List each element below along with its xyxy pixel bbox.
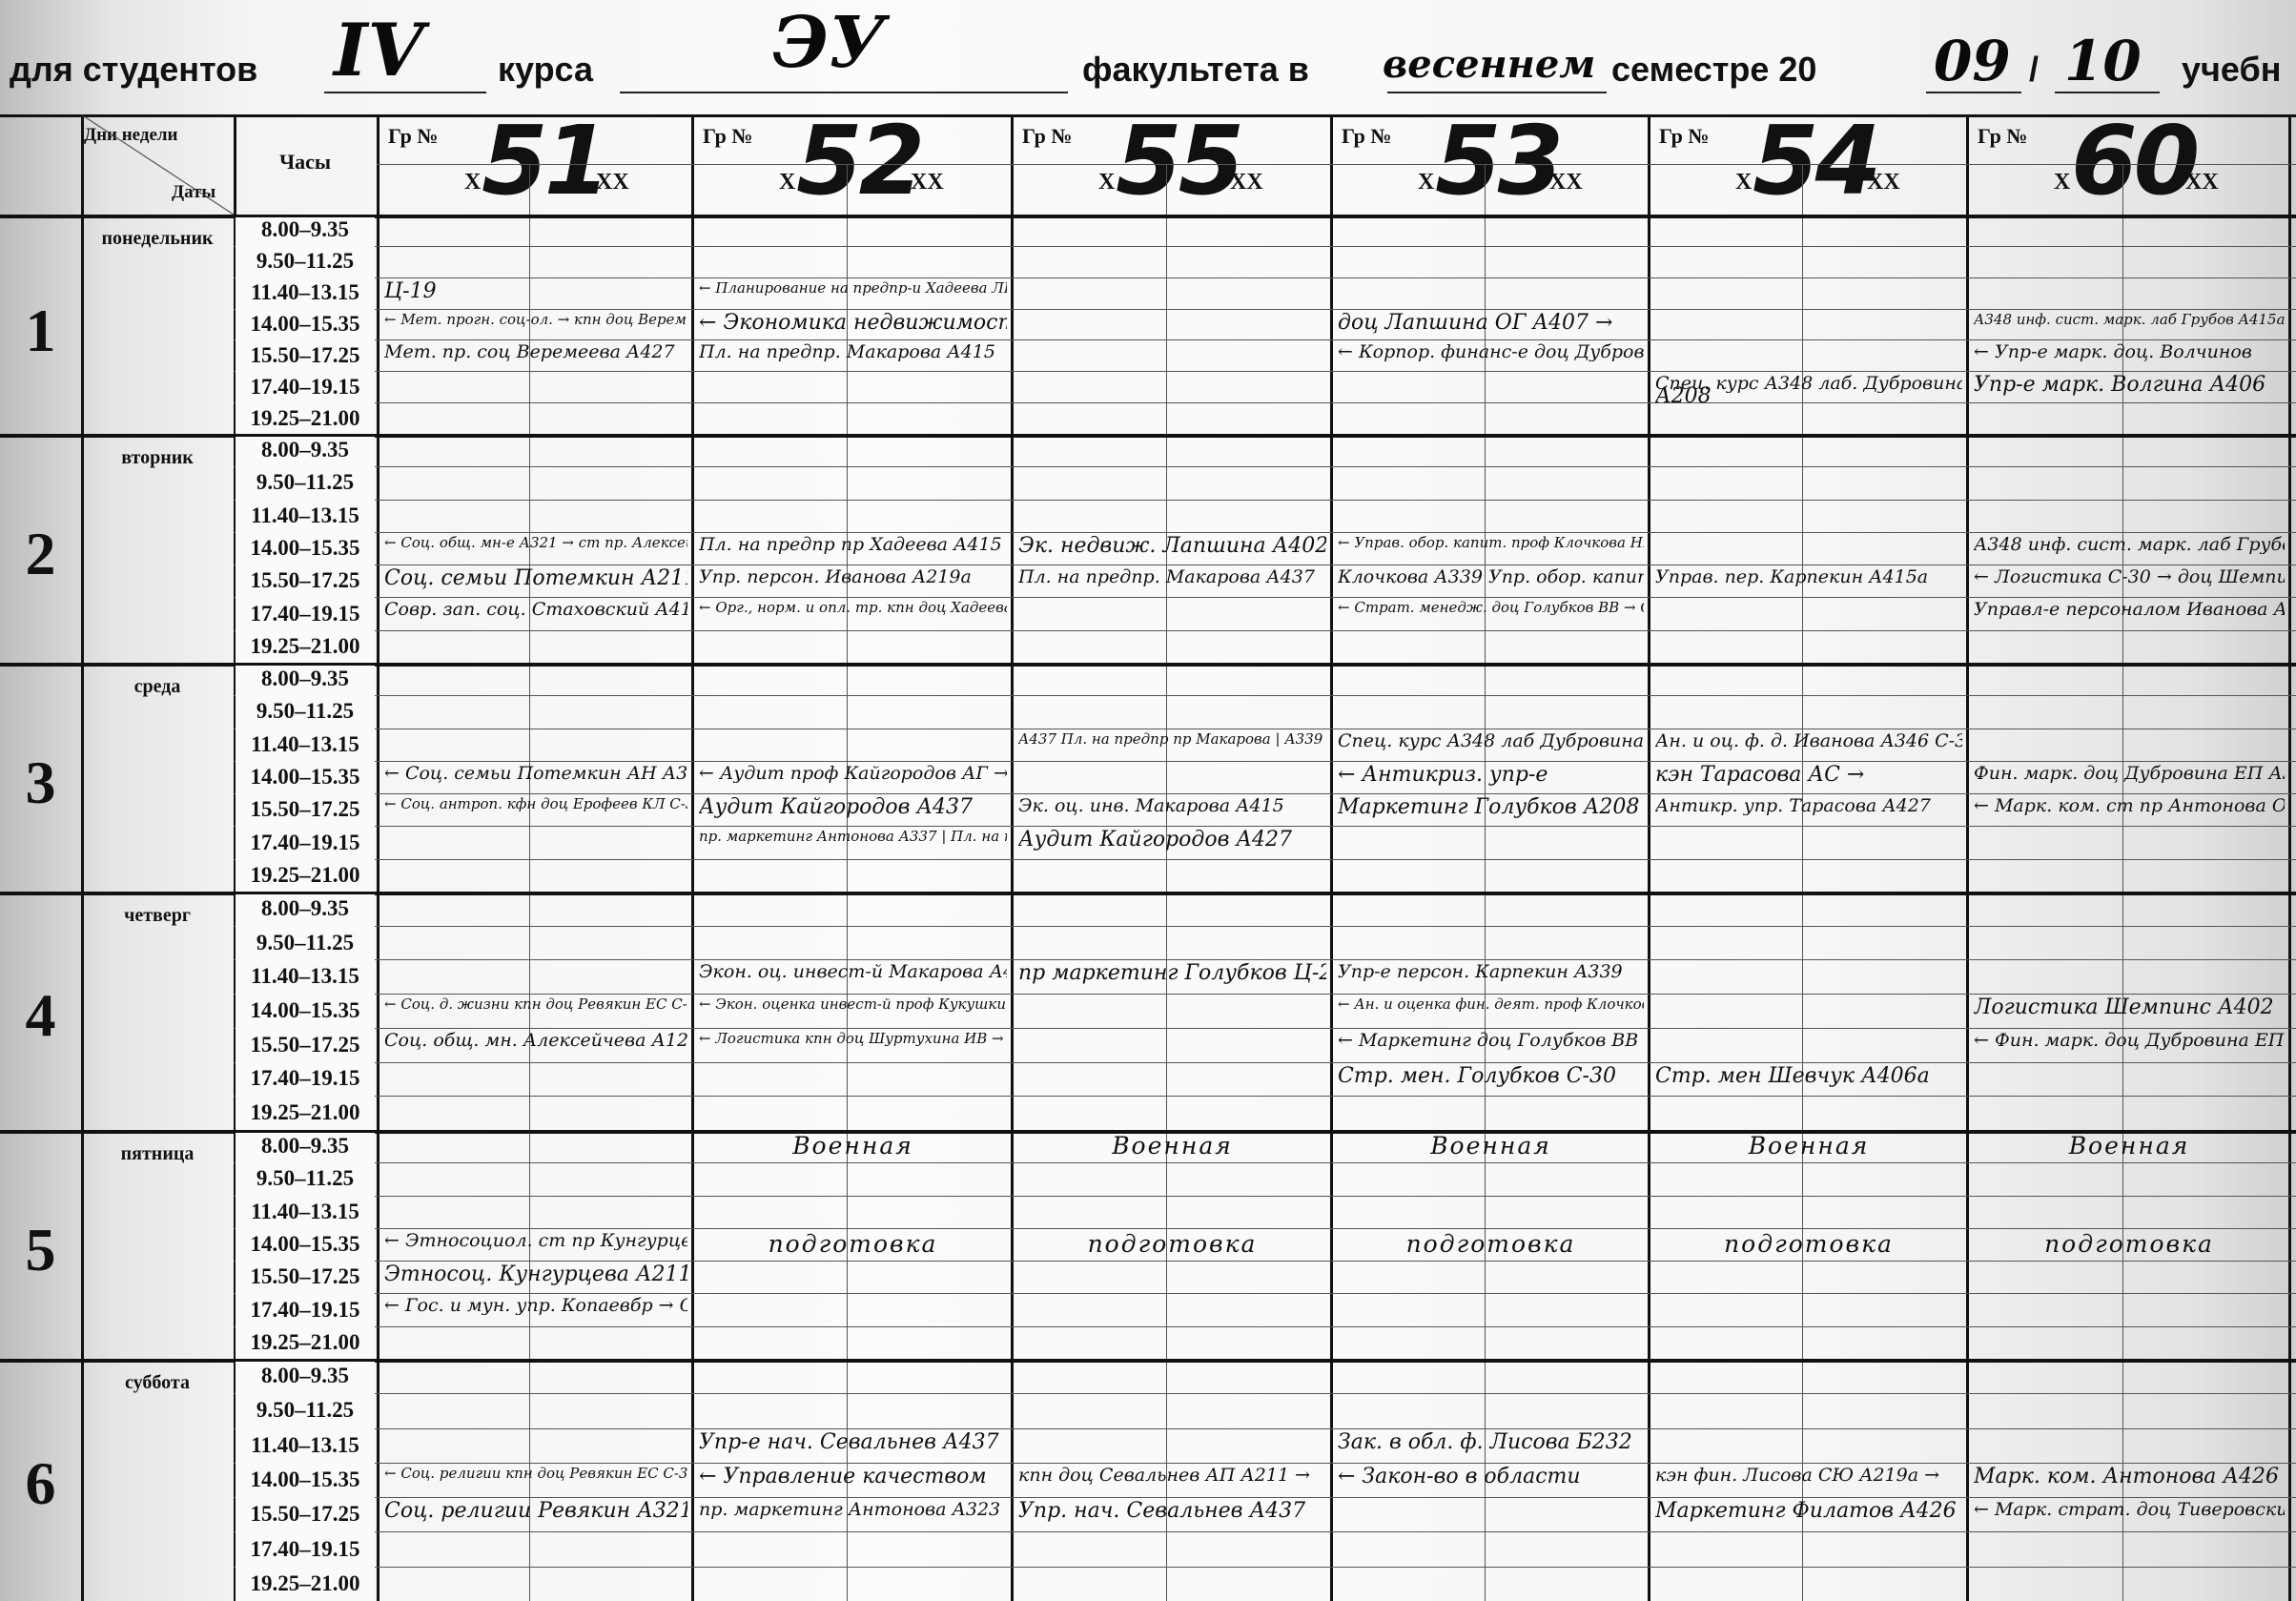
schedule-entry: Клочкова А339 Упр. обор. капит. — [1338, 568, 1644, 586]
slot-divider — [234, 339, 2296, 340]
slot-divider — [234, 597, 2296, 598]
schedule-entry: Упр-е персон. Карпекин А339 — [1338, 963, 1623, 981]
group-label: Гр № — [1659, 124, 1709, 149]
time-slot: 15.50–17.25 — [236, 797, 375, 822]
schedule-entry: доц Лапшина ОГ А407 → — [1338, 313, 1612, 334]
schedule-entry: Соц. религии Ревякин А321 — [384, 1501, 687, 1522]
time-slot: 8.00–9.35 — [236, 438, 375, 462]
schedule-entry: ← Этносоциол. ст пр Кунгурцева А337 → — [384, 1232, 687, 1250]
schedule-title-line: для студентов IV курса ЭУ факультета в в… — [10, 29, 2296, 114]
slot-divider — [234, 246, 2296, 247]
schedule-entry: Маркетинг Филатов А426 — [1655, 1501, 1957, 1522]
slot-divider — [234, 1497, 2296, 1498]
group-label: Гр № — [1978, 124, 2027, 149]
slot-divider — [234, 532, 2296, 533]
faculty-blank — [620, 92, 1068, 93]
schedule-entry: Антикр. упр. Тарасова А427 — [1655, 797, 1931, 815]
schedule-entry: Военная — [1655, 1134, 1962, 1158]
schedule-entry: Ц-19 — [384, 281, 437, 302]
time-slot: 17.40–19.15 — [236, 1298, 375, 1323]
time-slot: 11.40–13.15 — [236, 964, 375, 989]
week-odd-label: X — [779, 170, 795, 195]
schedule-entry: ← Экон. оценка инвест-й проф Кукушкина И… — [699, 997, 1007, 1012]
time-slot: 14.00–15.35 — [236, 1468, 375, 1492]
semester-value: весеннем — [1383, 42, 1595, 87]
schedule-entry: ← Логистика кпн доц Шуртухина ИВ → А208 — [699, 1032, 1007, 1046]
slot-divider — [234, 1293, 2296, 1294]
table-top-border — [0, 114, 2296, 117]
time-slot: 19.25–21.00 — [236, 1571, 375, 1596]
time-slot: 17.40–19.15 — [236, 602, 375, 626]
schedule-entry: Упр-е марк. Волгина А406 — [1974, 375, 2265, 396]
group-label: Гр № — [703, 124, 752, 149]
day-name: суббота — [81, 1372, 234, 1394]
day-name: пятница — [81, 1143, 234, 1165]
week-divider — [529, 164, 530, 1601]
day-number: 2 — [0, 519, 81, 589]
slot-divider — [234, 1261, 2296, 1262]
time-slot: 15.50–17.25 — [236, 1033, 375, 1057]
time-slot: 8.00–9.35 — [236, 896, 375, 921]
schedule-entry: ← Соц. религии кпн доц Ревякин ЕС С-32 → — [384, 1467, 687, 1481]
slot-divider — [234, 761, 2296, 762]
time-slot: 8.00–9.35 — [236, 667, 375, 691]
semester-blank — [1387, 92, 1607, 93]
schedule-entry: Этносоц. Кунгурцева А211 — [384, 1264, 687, 1285]
schedule-entry: Спец. курс А348 лаб Дубровина — [1338, 732, 1644, 750]
day-name: вторник — [81, 447, 234, 469]
group-label: Гр № — [1022, 124, 1072, 149]
slot-divider — [234, 1196, 2296, 1197]
day-name: четверг — [81, 905, 234, 927]
group-divider — [1648, 114, 1650, 1601]
week-divider — [1166, 164, 1167, 1601]
schedule-entry: Военная — [1974, 1134, 2285, 1158]
schedule-entry: ← Марк. страт. доц Тиверовский А339 → — [1974, 1501, 2285, 1519]
slot-divider — [234, 695, 2296, 696]
schedule-entry: Маркетинг Голубков А208 — [1338, 797, 1639, 818]
slot-divider — [234, 1393, 2296, 1394]
schedule-entry: ← Марк. ком. ст пр Антонова ОА → С-30 — [1974, 797, 2285, 815]
time-slot: 17.40–19.15 — [236, 375, 375, 400]
time-slot: 8.00–9.35 — [236, 1134, 375, 1159]
schedule-entry: ← Соц. д. жизни кпн доц Ревякин ЕС С-30 … — [384, 997, 687, 1012]
schedule-entry: ← Закон-во в области — [1338, 1467, 1581, 1488]
schedule-entry: Мет. пр. соц Веремеева А427 — [384, 343, 675, 361]
group-subheader-line — [377, 164, 2296, 165]
time-slot: 14.00–15.35 — [236, 312, 375, 337]
schedule-entry: Зак. в обл. ф. Лисова Б232 — [1338, 1432, 1632, 1453]
schedule-entry: подготовка — [699, 1232, 1007, 1256]
group-number: 55 — [1116, 109, 1240, 214]
schedule-entry: ← Соц. семьи Потемкин АН А346 → — [384, 765, 687, 783]
schedule-entry: ← Страт. менедж. доц Голубков ВВ → С-30 — [1338, 601, 1644, 615]
time-slot: 14.00–15.35 — [236, 998, 375, 1023]
course-label: курса — [498, 50, 593, 90]
schedule-entry: ← Корпор. финанс-е доц Дубровина ЕП → — [1338, 343, 1644, 361]
day-name: понедельник — [81, 228, 234, 250]
schedule-entry: Военная — [1338, 1134, 1644, 1158]
schedule-entry: подготовка — [1018, 1232, 1326, 1256]
schedule-entry: пр. маркетинг Антонова А337 | Пл. на пр … — [699, 830, 1007, 844]
time-slot: 19.25–21.00 — [236, 863, 375, 888]
group-number: 51 — [482, 109, 606, 214]
time-slot: 19.25–21.00 — [236, 1100, 375, 1125]
schedule-entry: Эк. недвиж. Лапшина А402 — [1018, 536, 1326, 557]
slot-divider — [234, 1531, 2296, 1532]
day-number: 3 — [0, 748, 81, 818]
schedule-entry: ← Планирование на предпр-и Хадеева ЛИ → … — [699, 281, 1007, 296]
slot-divider — [234, 1567, 2296, 1568]
group-number: 54 — [1753, 109, 1877, 214]
day-name: среда — [81, 676, 234, 698]
slot-divider — [234, 994, 2296, 995]
time-slot: 11.40–13.15 — [236, 280, 375, 305]
hours-label: Часы — [236, 153, 375, 172]
schedule-entry: Военная — [699, 1134, 1007, 1158]
schedule-entry: Аудит Кайгородов А437 — [699, 797, 973, 818]
column-divider — [377, 114, 379, 1601]
time-slot: 11.40–13.15 — [236, 732, 375, 757]
week-odd-label: X — [1735, 170, 1752, 195]
schedule-entry: Совр. зап. соц. Стаховский А415а — [384, 601, 687, 619]
schedule-entry: кпн доц Севальнев АП А211 → — [1018, 1467, 1310, 1485]
slot-divider — [234, 729, 2296, 729]
schedule-entry: ← Ан. и оценка фин. деят. проф Клочкова … — [1338, 997, 1644, 1012]
week-divider — [1485, 164, 1486, 1601]
time-slot: 11.40–13.15 — [236, 1433, 375, 1458]
week-odd-label: X — [1418, 170, 1434, 195]
schedule-entry: Фин. марк. доц Дубровина ЕП А339 — [1974, 765, 2285, 783]
time-slot: 14.00–15.35 — [236, 536, 375, 561]
time-slot: 8.00–9.35 — [236, 1364, 375, 1388]
schedule-entry: ← Соц. антроп. кфн доц Ерофеев КЛ С-32 — [384, 797, 687, 811]
group-label: Гр № — [388, 124, 438, 149]
time-slot: 15.50–17.25 — [236, 1264, 375, 1289]
schedule-entry: ← Маркетинг доц Голубков ВВ С-30 → — [1338, 1032, 1644, 1050]
week-odd-label: X — [1098, 170, 1115, 195]
schedule-entry: ← Фин. марк. доц Дубровина ЕП → А432 — [1974, 1032, 2285, 1050]
schedule-entry: А437 Пл. на предпр пр Макарова | А339 пр… — [1018, 732, 1326, 747]
schedule-entry: ← Гос. и мун. упр. Копаевбр → С-31 — [384, 1297, 687, 1315]
time-slot: 14.00–15.35 — [236, 765, 375, 790]
time-slot: 9.50–11.25 — [236, 1166, 375, 1191]
slot-divider — [234, 402, 2296, 403]
schedule-entry: ← Экономика недвижимости — [699, 313, 1007, 334]
slot-divider — [234, 1062, 2296, 1063]
time-slot: 8.00–9.35 — [236, 217, 375, 242]
group-divider — [1966, 114, 1969, 1601]
schedule-entry: А348 инф. сист. марк. лаб Грубов А415а → — [1974, 313, 2285, 327]
schedule-entry: ← Управление качеством — [699, 1467, 987, 1488]
slot-divider — [234, 564, 2296, 565]
slot-divider — [234, 309, 2296, 310]
schedule-entry: А348 инф. сист. марк. лаб Грубов — [1974, 536, 2285, 554]
schedule-entry: ← Управ. обор. капит. проф Клочкова НВ А… — [1338, 536, 1644, 550]
year-end: 10 — [2064, 29, 2142, 93]
schedule-entry: подготовка — [1655, 1232, 1962, 1256]
title-prefix: для студентов — [10, 50, 257, 90]
time-slot: 15.50–17.25 — [236, 1502, 375, 1527]
semester-label: семестре 20 — [1611, 50, 1816, 90]
slot-divider — [234, 793, 2296, 794]
time-slot: 17.40–19.15 — [236, 831, 375, 855]
time-slot: 11.40–13.15 — [236, 1200, 375, 1224]
slot-divider — [234, 277, 2296, 278]
schedule-entry: Пл. на предпр. Макарова А437 — [1018, 568, 1315, 586]
schedule-entry: пр маркетинг Голубков Ц-22 — [1018, 963, 1326, 984]
schedule-entry: ← Мет. прогн. соц-ол. → кпн доц Веремьев… — [384, 313, 687, 327]
group-number: 60 — [2071, 109, 2196, 214]
schedule-entry: кэн фин. Лисова СЮ А219а → — [1655, 1467, 1939, 1485]
group-divider — [2288, 114, 2291, 1601]
time-slot: 19.25–21.00 — [236, 634, 375, 659]
year-start: 09 — [1934, 29, 2011, 93]
schedule-entry: Соц. семьи Потемкин А211 — [384, 568, 687, 589]
schedule-entry: Упр. персон. Иванова А219а — [699, 568, 972, 586]
slot-divider — [234, 926, 2296, 927]
slot-divider — [234, 630, 2296, 631]
slot-divider — [234, 500, 2296, 501]
time-slot: 9.50–11.25 — [236, 1398, 375, 1423]
slot-divider — [234, 959, 2296, 960]
day-number: 6 — [0, 1448, 81, 1519]
schedule-entry: Стр. мен Шевчук А406а — [1655, 1066, 1930, 1087]
year-separator: / — [2029, 50, 2039, 90]
group-number: 53 — [1435, 109, 1560, 214]
time-slot: 19.25–21.00 — [236, 406, 375, 431]
schedule-entry: Ан. и оц. ф. д. Иванова А346 С-30 — [1655, 732, 1962, 750]
schedule-table: Дни недели Даты Часы Гр №XXX51Гр №XXX52Г… — [0, 114, 2296, 1601]
time-slot: 11.40–13.15 — [236, 503, 375, 528]
schedule-entry: Стр. мен. Голубков С-30 — [1338, 1066, 1616, 1087]
schedule-entry: Пл. на предпр пр Хадеева А415 — [699, 536, 1002, 554]
slot-divider — [234, 1428, 2296, 1429]
schedule-entry: Эк. оц. инв. Макарова А415 — [1018, 797, 1284, 815]
schedule-entry: ← Аудит проф Кайгородов АГ → — [699, 765, 1007, 783]
faculty-label: факультета в — [1082, 50, 1309, 90]
group-label: Гр № — [1342, 124, 1391, 149]
schedule-entry: Управл-е персоналом Иванова А406 — [1974, 601, 2285, 619]
time-slot: 9.50–11.25 — [236, 699, 375, 724]
schedule-entry: Соц. общ. мн. Алексейчева А126 — [384, 1032, 687, 1050]
week-odd-label: X — [464, 170, 481, 195]
time-slot: 9.50–11.25 — [236, 470, 375, 495]
schedule-entry: Аудит Кайгородов А427 — [1018, 830, 1292, 851]
day-number: 4 — [0, 980, 81, 1051]
schedule-entry: Управ. пер. Карпекин А415а — [1655, 568, 1928, 586]
slot-divider — [234, 466, 2296, 467]
schedule-entry: ← Соц. общ. мн-е А321 → ст пр. Алексейче… — [384, 536, 687, 550]
schedule-entry: Пл. на предпр. Макарова А415 — [699, 343, 995, 361]
slot-divider — [234, 826, 2296, 827]
week-divider — [847, 164, 848, 1601]
schedule-entry: А208 — [1655, 386, 1712, 407]
schedule-entry: пр. маркетинг Антонова А323 — [699, 1501, 1000, 1519]
slot-divider — [234, 859, 2296, 860]
schedule-entry: ← Орг., норм. и опл. тр. кпн доц Хадеева… — [699, 601, 1007, 615]
time-slot: 19.25–21.00 — [236, 1330, 375, 1355]
schedule-entry: подготовка — [1974, 1232, 2285, 1256]
slot-divider — [234, 1326, 2296, 1327]
schedule-entry: Логистика Шемпинс А402 — [1974, 997, 2274, 1018]
week-odd-label: X — [2054, 170, 2070, 195]
schedule-entry: ← Антикриз. упр-е — [1338, 765, 1548, 786]
group-number: 52 — [796, 109, 921, 214]
time-slot: 17.40–19.15 — [236, 1537, 375, 1562]
schedule-entry: подготовка — [1338, 1232, 1644, 1256]
time-slot: 9.50–11.25 — [236, 931, 375, 955]
time-slot: 17.40–19.15 — [236, 1066, 375, 1091]
slot-divider — [234, 1096, 2296, 1097]
schedule-entry: Военная — [1018, 1134, 1326, 1158]
faculty-value: ЭУ — [772, 11, 886, 74]
title-suffix: учебн — [2182, 50, 2281, 90]
day-number: 1 — [0, 296, 81, 366]
schedule-entry: Упр-е нач. Севальнев А437 — [699, 1432, 999, 1453]
slot-divider — [234, 1028, 2296, 1029]
time-slot: 14.00–15.35 — [236, 1232, 375, 1257]
time-slot: 15.50–17.25 — [236, 343, 375, 368]
schedule-entry: Марк. ком. Антонова А426 — [1974, 1467, 2279, 1488]
schedule-entry: ← Логистика С-30 → доц Шемпинс ИГ — [1974, 568, 2285, 586]
group-divider — [1330, 114, 1333, 1601]
header-diagonal — [81, 114, 234, 215]
schedule-entry: кэн Тарасова АС → — [1655, 765, 1864, 786]
time-slot: 15.50–17.25 — [236, 568, 375, 593]
slot-divider — [234, 1228, 2296, 1229]
schedule-entry: Экон. оц. инвест-й Макарова А415 — [699, 963, 1007, 981]
course-value: IV — [334, 19, 424, 82]
slot-divider — [234, 371, 2296, 372]
slot-divider — [234, 1162, 2296, 1163]
slot-divider — [234, 1463, 2296, 1464]
group-divider — [691, 114, 694, 1601]
group-divider — [1011, 114, 1014, 1601]
schedule-entry: ← Упр-е марк. доц. Волчинов — [1974, 343, 2252, 361]
schedule-entry: Упр. нач. Севальнев А437 — [1018, 1501, 1305, 1522]
time-slot: 9.50–11.25 — [236, 249, 375, 274]
day-number: 5 — [0, 1215, 81, 1285]
